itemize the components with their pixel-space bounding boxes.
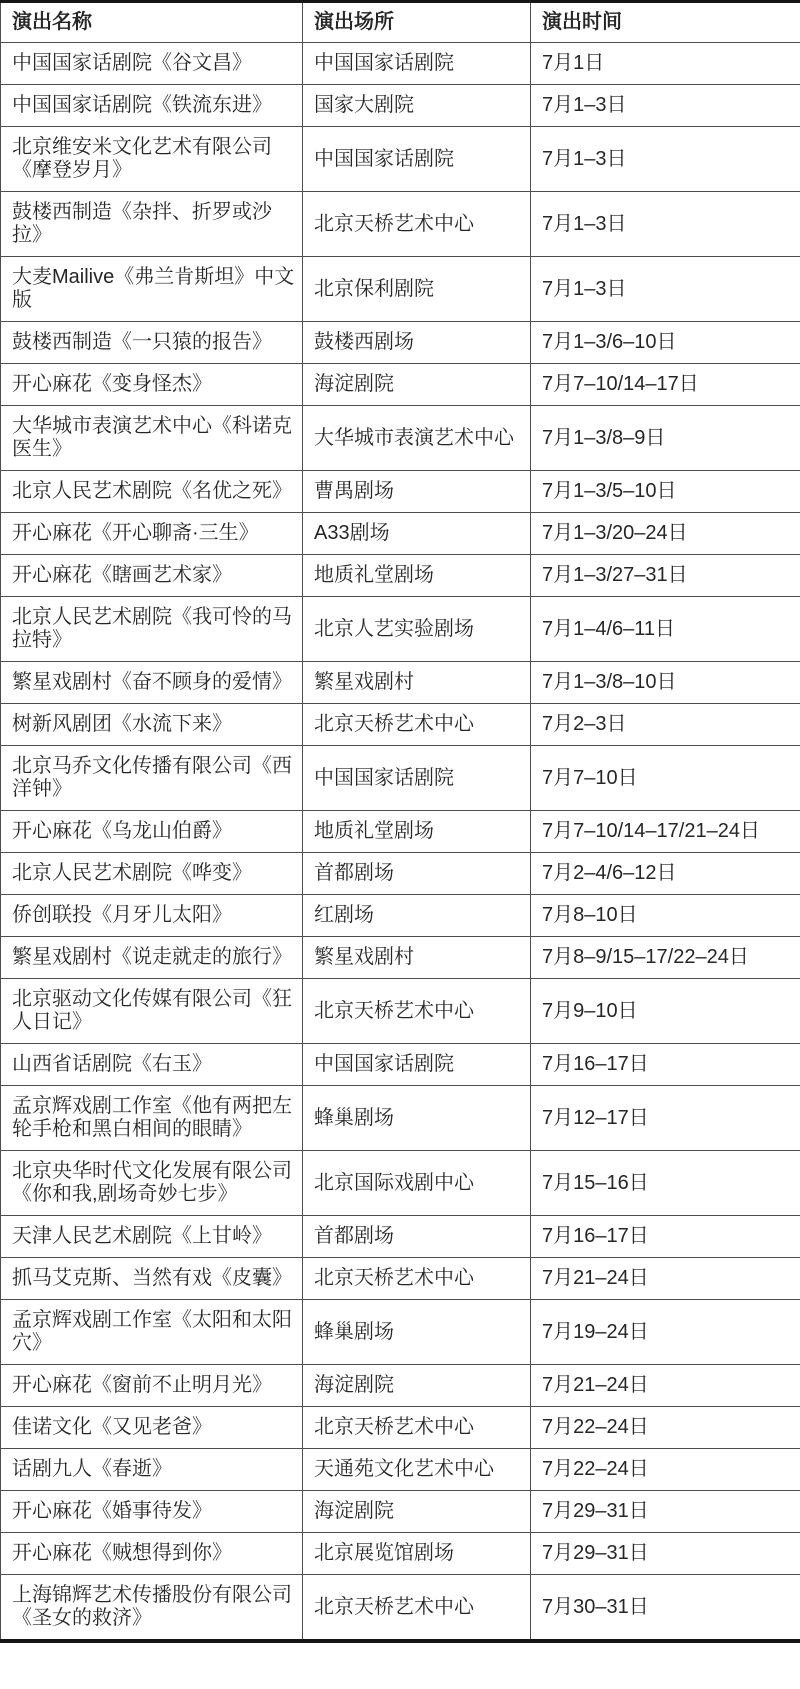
table-cell-time: 7月12–17日 xyxy=(531,1086,800,1151)
column-header-performance-name: 演出名称 xyxy=(1,2,303,43)
table-cell-venue: 北京天桥艺术中心 xyxy=(303,1258,531,1300)
table-cell-name: 孟京辉戏剧工作室《太阳和太阳穴》 xyxy=(1,1300,303,1365)
table-row: 北京维安米文化艺术有限公司《摩登岁月》中国国家话剧院7月1–3日 xyxy=(1,127,800,192)
table-cell-time: 7月7–10/14–17/21–24日 xyxy=(531,811,800,853)
table-cell-venue: 地质礼堂剧场 xyxy=(303,555,531,597)
table-cell-name: 繁星戏剧村《说走就走的旅行》 xyxy=(1,937,303,979)
table-cell-time: 7月29–31日 xyxy=(531,1491,800,1533)
table-cell-venue: 中国国家话剧院 xyxy=(303,127,531,192)
performance-schedule-table: 演出名称 演出场所 演出时间 中国国家话剧院《谷文昌》中国国家话剧院7月1日中国… xyxy=(0,0,800,1643)
table-cell-name: 鼓楼西制造《一只猿的报告》 xyxy=(1,322,303,364)
table-cell-venue: 首都剧场 xyxy=(303,1216,531,1258)
table-cell-time: 7月22–24日 xyxy=(531,1407,800,1449)
table-cell-venue: 曹禺剧场 xyxy=(303,471,531,513)
table-cell-time: 7月16–17日 xyxy=(531,1044,800,1086)
table-cell-time: 7月9–10日 xyxy=(531,979,800,1044)
table-cell-venue: 红剧场 xyxy=(303,895,531,937)
table-cell-time: 7月1–3/5–10日 xyxy=(531,471,800,513)
table-cell-time: 7月1–3/27–31日 xyxy=(531,555,800,597)
performance-schedule-page: 演出名称 演出场所 演出时间 中国国家话剧院《谷文昌》中国国家话剧院7月1日中国… xyxy=(0,0,800,1689)
table-cell-venue: 北京国际戏剧中心 xyxy=(303,1151,531,1216)
table-cell-venue: 首都剧场 xyxy=(303,853,531,895)
table-row: 北京驱动文化传媒有限公司《狂人日记》北京天桥艺术中心7月9–10日 xyxy=(1,979,800,1044)
table-row: 繁星戏剧村《说走就走的旅行》繁星戏剧村7月8–9/15–17/22–24日 xyxy=(1,937,800,979)
column-header-performance-time: 演出时间 xyxy=(531,2,800,43)
table-cell-name: 北京人民艺术剧院《我可怜的马拉特》 xyxy=(1,597,303,662)
table-cell-time: 7月8–10日 xyxy=(531,895,800,937)
table-row: 北京马乔文化传播有限公司《西洋钟》中国国家话剧院7月7–10日 xyxy=(1,746,800,811)
table-cell-venue: 大华城市表演艺术中心 xyxy=(303,406,531,471)
table-cell-name: 开心麻花《瞎画艺术家》 xyxy=(1,555,303,597)
table-cell-time: 7月21–24日 xyxy=(531,1365,800,1407)
table-row: 北京人民艺术剧院《哗变》首都剧场7月2–4/6–12日 xyxy=(1,853,800,895)
table-row: 天津人民艺术剧院《上甘岭》首都剧场7月16–17日 xyxy=(1,1216,800,1258)
table-cell-time: 7月7–10/14–17日 xyxy=(531,364,800,406)
table-row: 大华城市表演艺术中心《科诺克医生》大华城市表演艺术中心7月1–3/8–9日 xyxy=(1,406,800,471)
table-cell-name: 北京人民艺术剧院《名优之死》 xyxy=(1,471,303,513)
table-cell-name: 孟京辉戏剧工作室《他有两把左轮手枪和黑白相间的眼睛》 xyxy=(1,1086,303,1151)
table-cell-venue: 鼓楼西剧场 xyxy=(303,322,531,364)
table-cell-name: 树新风剧团《水流下来》 xyxy=(1,704,303,746)
table-row: 开心麻花《乌龙山伯爵》地质礼堂剧场7月7–10/14–17/21–24日 xyxy=(1,811,800,853)
table-cell-time: 7月1–4/6–11日 xyxy=(531,597,800,662)
table-body: 中国国家话剧院《谷文昌》中国国家话剧院7月1日中国国家话剧院《铁流东进》国家大剧… xyxy=(1,43,800,1642)
table-row: 开心麻花《变身怪杰》海淀剧院7月7–10/14–17日 xyxy=(1,364,800,406)
table-cell-name: 开心麻花《婚事待发》 xyxy=(1,1491,303,1533)
table-row: 侨创联投《月牙儿太阳》红剧场7月8–10日 xyxy=(1,895,800,937)
table-cell-venue: 繁星戏剧村 xyxy=(303,662,531,704)
table-cell-time: 7月1–3日 xyxy=(531,257,800,322)
table-cell-name: 大麦Mailive《弗兰肯斯坦》中文版 xyxy=(1,257,303,322)
table-row: 鼓楼西制造《一只猿的报告》鼓楼西剧场7月1–3/6–10日 xyxy=(1,322,800,364)
table-row: 开心麻花《窗前不止明月光》海淀剧院7月21–24日 xyxy=(1,1365,800,1407)
table-cell-time: 7月7–10日 xyxy=(531,746,800,811)
table-cell-name: 话剧九人《春逝》 xyxy=(1,1449,303,1491)
table-cell-venue: 蜂巢剧场 xyxy=(303,1300,531,1365)
table-cell-time: 7月1–3日 xyxy=(531,127,800,192)
table-cell-name: 开心麻花《开心聊斋·三生》 xyxy=(1,513,303,555)
table-cell-time: 7月2–3日 xyxy=(531,704,800,746)
table-cell-venue: 地质礼堂剧场 xyxy=(303,811,531,853)
table-cell-name: 北京央华时代文化发展有限公司《你和我,剧场奇妙七步》 xyxy=(1,1151,303,1216)
table-cell-name: 佳诺文化《又见老爸》 xyxy=(1,1407,303,1449)
table-cell-name: 上海锦辉艺术传播股份有限公司《圣女的救济》 xyxy=(1,1575,303,1642)
table-cell-name: 北京维安米文化艺术有限公司《摩登岁月》 xyxy=(1,127,303,192)
table-cell-name: 中国国家话剧院《铁流东进》 xyxy=(1,85,303,127)
table-cell-name: 繁星戏剧村《奋不顾身的爱情》 xyxy=(1,662,303,704)
table-cell-time: 7月30–31日 xyxy=(531,1575,800,1642)
table-row: 中国国家话剧院《谷文昌》中国国家话剧院7月1日 xyxy=(1,43,800,85)
table-cell-name: 天津人民艺术剧院《上甘岭》 xyxy=(1,1216,303,1258)
table-row: 繁星戏剧村《奋不顾身的爱情》繁星戏剧村7月1–3/8–10日 xyxy=(1,662,800,704)
table-row: 佳诺文化《又见老爸》北京天桥艺术中心7月22–24日 xyxy=(1,1407,800,1449)
table-cell-time: 7月1日 xyxy=(531,43,800,85)
table-cell-time: 7月16–17日 xyxy=(531,1216,800,1258)
table-cell-venue: 北京天桥艺术中心 xyxy=(303,979,531,1044)
table-cell-venue: 中国国家话剧院 xyxy=(303,746,531,811)
table-cell-time: 7月1–3/8–10日 xyxy=(531,662,800,704)
table-row: 孟京辉戏剧工作室《太阳和太阳穴》蜂巢剧场7月19–24日 xyxy=(1,1300,800,1365)
table-cell-name: 北京人民艺术剧院《哗变》 xyxy=(1,853,303,895)
table-row: 鼓楼西制造《杂拌、折罗或沙拉》北京天桥艺术中心7月1–3日 xyxy=(1,192,800,257)
table-cell-venue: A33剧场 xyxy=(303,513,531,555)
column-header-performance-venue: 演出场所 xyxy=(303,2,531,43)
table-cell-name: 开心麻花《变身怪杰》 xyxy=(1,364,303,406)
table-cell-name: 抓马艾克斯、当然有戏《皮囊》 xyxy=(1,1258,303,1300)
table-cell-time: 7月29–31日 xyxy=(531,1533,800,1575)
table-cell-venue: 北京天桥艺术中心 xyxy=(303,1575,531,1642)
table-cell-time: 7月8–9/15–17/22–24日 xyxy=(531,937,800,979)
table-cell-time: 7月19–24日 xyxy=(531,1300,800,1365)
table-cell-time: 7月1–3日 xyxy=(531,192,800,257)
table-row: 中国国家话剧院《铁流东进》国家大剧院7月1–3日 xyxy=(1,85,800,127)
table-cell-name: 鼓楼西制造《杂拌、折罗或沙拉》 xyxy=(1,192,303,257)
table-cell-time: 7月21–24日 xyxy=(531,1258,800,1300)
table-cell-name: 开心麻花《乌龙山伯爵》 xyxy=(1,811,303,853)
table-cell-venue: 北京人艺实验剧场 xyxy=(303,597,531,662)
table-cell-venue: 海淀剧院 xyxy=(303,364,531,406)
table-row: 话剧九人《春逝》天通苑文化艺术中心7月22–24日 xyxy=(1,1449,800,1491)
table-cell-name: 中国国家话剧院《谷文昌》 xyxy=(1,43,303,85)
table-header-row: 演出名称 演出场所 演出时间 xyxy=(1,2,800,43)
table-cell-venue: 北京天桥艺术中心 xyxy=(303,1407,531,1449)
table-cell-time: 7月1–3/6–10日 xyxy=(531,322,800,364)
table-row: 孟京辉戏剧工作室《他有两把左轮手枪和黑白相间的眼睛》蜂巢剧场7月12–17日 xyxy=(1,1086,800,1151)
table-cell-name: 开心麻花《贼想得到你》 xyxy=(1,1533,303,1575)
table-row: 开心麻花《瞎画艺术家》地质礼堂剧场7月1–3/27–31日 xyxy=(1,555,800,597)
table-cell-time: 7月22–24日 xyxy=(531,1449,800,1491)
table-cell-venue: 天通苑文化艺术中心 xyxy=(303,1449,531,1491)
table-cell-venue: 北京展览馆剧场 xyxy=(303,1533,531,1575)
table-cell-time: 7月2–4/6–12日 xyxy=(531,853,800,895)
table-cell-venue: 国家大剧院 xyxy=(303,85,531,127)
table-cell-time: 7月1–3/20–24日 xyxy=(531,513,800,555)
table-row: 上海锦辉艺术传播股份有限公司《圣女的救济》北京天桥艺术中心7月30–31日 xyxy=(1,1575,800,1642)
table-row: 开心麻花《开心聊斋·三生》A33剧场7月1–3/20–24日 xyxy=(1,513,800,555)
table-cell-name: 北京驱动文化传媒有限公司《狂人日记》 xyxy=(1,979,303,1044)
table-cell-venue: 海淀剧院 xyxy=(303,1491,531,1533)
table-row: 北京央华时代文化发展有限公司《你和我,剧场奇妙七步》北京国际戏剧中心7月15–1… xyxy=(1,1151,800,1216)
table-cell-time: 7月1–3日 xyxy=(531,85,800,127)
table-cell-time: 7月15–16日 xyxy=(531,1151,800,1216)
table-cell-venue: 繁星戏剧村 xyxy=(303,937,531,979)
table-cell-venue: 北京天桥艺术中心 xyxy=(303,704,531,746)
table-cell-name: 开心麻花《窗前不止明月光》 xyxy=(1,1365,303,1407)
table-cell-venue: 北京天桥艺术中心 xyxy=(303,192,531,257)
table-row: 山西省话剧院《右玉》中国国家话剧院7月16–17日 xyxy=(1,1044,800,1086)
table-cell-name: 北京马乔文化传播有限公司《西洋钟》 xyxy=(1,746,303,811)
table-cell-venue: 北京保利剧院 xyxy=(303,257,531,322)
table-cell-venue: 中国国家话剧院 xyxy=(303,43,531,85)
table-row: 开心麻花《婚事待发》海淀剧院7月29–31日 xyxy=(1,1491,800,1533)
table-cell-name: 山西省话剧院《右玉》 xyxy=(1,1044,303,1086)
table-cell-name: 大华城市表演艺术中心《科诺克医生》 xyxy=(1,406,303,471)
table-cell-venue: 中国国家话剧院 xyxy=(303,1044,531,1086)
table-cell-venue: 海淀剧院 xyxy=(303,1365,531,1407)
table-cell-time: 7月1–3/8–9日 xyxy=(531,406,800,471)
table-row: 抓马艾克斯、当然有戏《皮囊》北京天桥艺术中心7月21–24日 xyxy=(1,1258,800,1300)
table-cell-venue: 蜂巢剧场 xyxy=(303,1086,531,1151)
table-row: 北京人民艺术剧院《名优之死》曹禺剧场7月1–3/5–10日 xyxy=(1,471,800,513)
table-row: 北京人民艺术剧院《我可怜的马拉特》北京人艺实验剧场7月1–4/6–11日 xyxy=(1,597,800,662)
table-row: 树新风剧团《水流下来》北京天桥艺术中心7月2–3日 xyxy=(1,704,800,746)
table-row: 开心麻花《贼想得到你》北京展览馆剧场7月29–31日 xyxy=(1,1533,800,1575)
table-row: 大麦Mailive《弗兰肯斯坦》中文版北京保利剧院7月1–3日 xyxy=(1,257,800,322)
table-cell-name: 侨创联投《月牙儿太阳》 xyxy=(1,895,303,937)
